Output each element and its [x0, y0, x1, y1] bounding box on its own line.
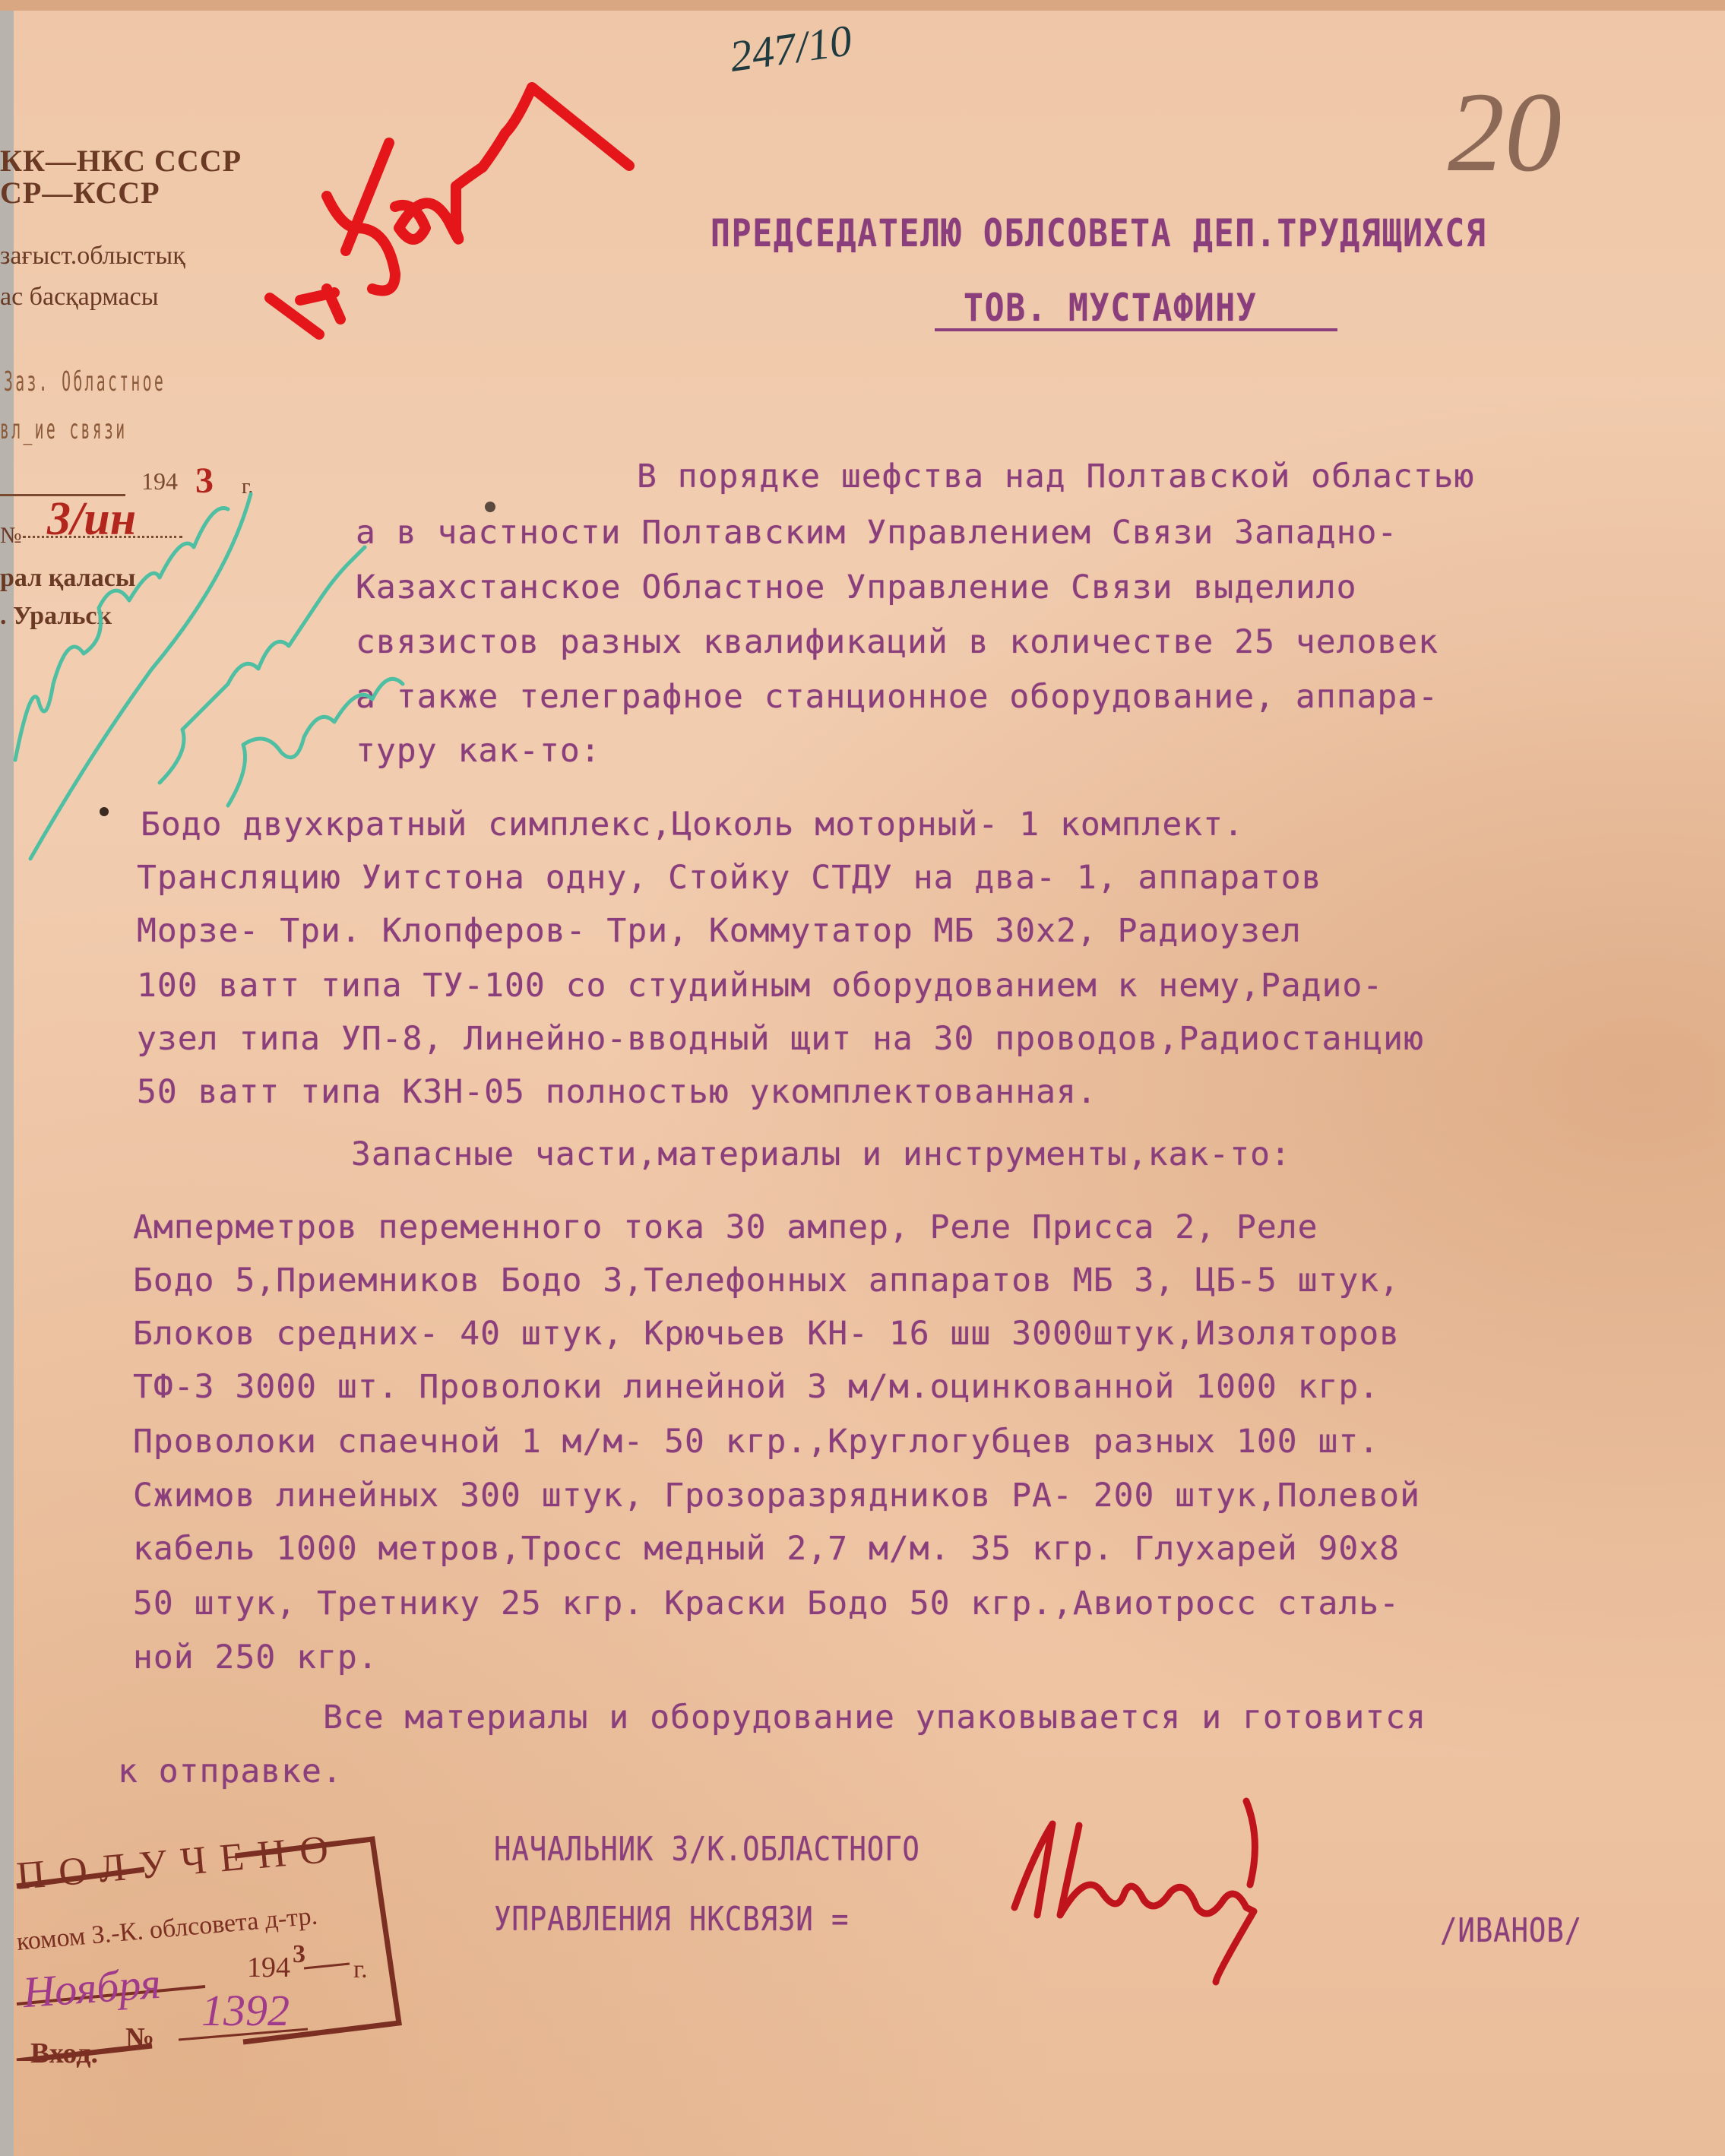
received-year: 194	[247, 1951, 290, 1984]
letterhead-number-handwritten: 3/ин	[47, 492, 136, 546]
body-line: Казахстанское Областное Управление Связи…	[356, 568, 1357, 606]
body-line: Амперметров переменного тока 30 ампер, Р…	[133, 1208, 1318, 1246]
body-line: к отправке.	[118, 1752, 343, 1790]
received-incoming-label: Вход.	[30, 2037, 98, 2070]
letterhead-number-label: №	[0, 523, 22, 549]
letterhead-city-ru: . Уральск	[0, 602, 112, 631]
body-line: Проволоки спаечной 1 м/м- 50 кгр.,Кругло…	[133, 1423, 1379, 1461]
letterhead-line-1: КК—НКС СССР	[0, 143, 242, 179]
body-line: Трансляцию Уитстона одну, Стойку СТДУ на…	[137, 859, 1322, 897]
body-line: 100 ватт типа ТУ-100 со студийным оборуд…	[137, 967, 1383, 1005]
body-line: 50 ватт типа КЗН-05 полностью укомплекто…	[137, 1073, 1097, 1111]
body-line: Все материалы и оборудование упаковывает…	[323, 1699, 1426, 1737]
body-line: Бодо двухкратный симплекс,Цоколь моторны…	[141, 806, 1244, 844]
addressee-title: ПРЕДСЕДАТЕЛЮ ОБЛСОВЕТА ДЕП.ТРУДЯЩИХСЯ	[711, 211, 1487, 255]
body-line: Бодо 5,Приемников Бодо 3,Телефонных аппа…	[133, 1262, 1400, 1300]
received-year-g: г.	[353, 1955, 368, 1984]
page-number-annotation: 20	[1448, 67, 1562, 198]
signatory-name: /ИВАНОВ/	[1440, 1911, 1582, 1950]
body-line: а также телеграфное станционное оборудов…	[356, 678, 1439, 716]
body-line: туру как-то:	[356, 732, 601, 770]
body-line: а в частности Полтавским Управлением Свя…	[356, 514, 1397, 552]
body-line: Сжимов линейных 300 штук, Грозоразрядник…	[133, 1477, 1420, 1515]
body-line: Блоков средних- 40 штук, Крючьев КН- 16 …	[133, 1315, 1400, 1353]
letterhead-year: 194	[141, 467, 178, 495]
body-line: ной 250 кгр.	[133, 1638, 378, 1676]
body-line: Запасные части,материалы и инструменты,к…	[351, 1135, 1291, 1173]
received-year-suffix: 3	[293, 1940, 305, 1969]
letterhead-line-2: СР—КССР	[0, 175, 160, 211]
body-line: Морзе- Три. Клопферов- Три, Коммутатор М…	[137, 912, 1302, 950]
body-line: связистов разных квалификаций в количест…	[356, 623, 1439, 661]
addressee-name: ТОВ. МУСТАФИНУ	[964, 286, 1258, 330]
letterhead-line-5: Заз. Областное	[4, 366, 166, 397]
body-line: В порядке шефства над Полтавской область…	[637, 457, 1474, 495]
letterhead-line-6: вл_ие связи	[0, 414, 127, 445]
body-line: 50 штук, Третнику 25 кгр. Краски Бодо 50…	[133, 1585, 1400, 1623]
letterhead-year-suffix: 3	[195, 460, 214, 502]
letterhead-city-kz: рал қаласы	[0, 564, 135, 593]
received-month-handwritten: Ноября	[21, 1958, 163, 2018]
letterhead-line-4: ас басқармасы	[0, 283, 159, 312]
signature-title-line-1: НАЧАЛЬНИК З/К.ОБЛАСТНОГО	[494, 1830, 920, 1869]
letterhead-line-3: зағыст.облыстық	[0, 242, 185, 271]
letterhead-year-g: г.	[242, 475, 253, 499]
received-number-handwritten: 1392	[201, 1985, 290, 2036]
signature-title-line-2: УПРАВЛЕНИЯ НКСВЯЗИ =	[494, 1900, 849, 1939]
body-line: кабель 1000 метров,Тросс медный 2,7 м/м.…	[133, 1530, 1400, 1568]
body-line: ТФ-3 3000 шт. Проволоки линейной 3 м/м.о…	[133, 1368, 1379, 1406]
received-number-label: №	[125, 2021, 154, 2055]
page-top-edge	[0, 0, 1725, 11]
addressee-underline	[935, 328, 1337, 331]
body-line: узел типа УП-8, Линейно-вводный щит на 3…	[137, 1020, 1424, 1058]
